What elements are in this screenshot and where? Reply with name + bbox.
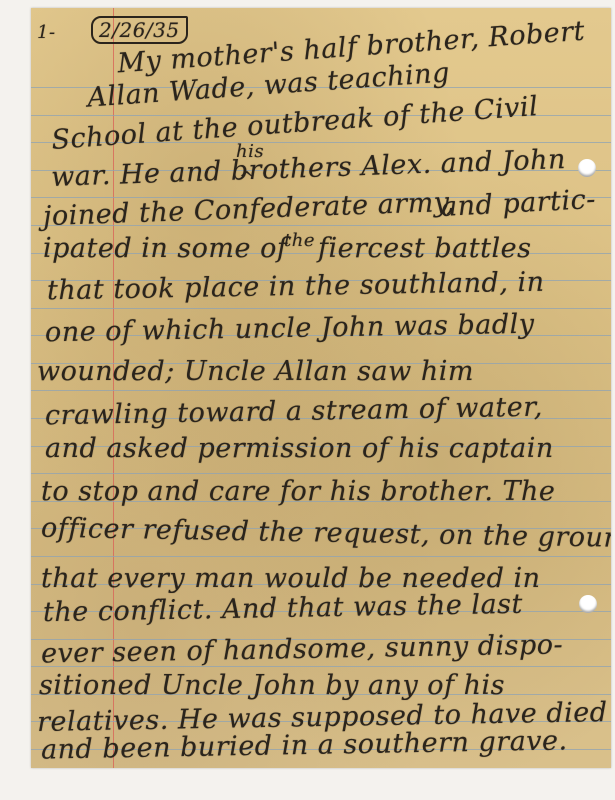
handwritten-line-10: crawling toward a stream of water, (45, 392, 543, 432)
handwritten-line-11: and asked permission of his captain (45, 433, 554, 464)
rule-line (31, 390, 611, 391)
rule-line (31, 556, 611, 557)
page-number: 1- (37, 22, 56, 43)
rule-line (31, 473, 611, 474)
handwritten-line-7: that took place in the southland, in (47, 267, 545, 307)
handwritten-line-13: officer refused the request, on the grou… (41, 513, 611, 555)
punch-hole (579, 595, 597, 613)
handwritten-line-12: to stop and care for his brother. The (41, 476, 555, 507)
handwritten-line-17: sitioned Uncle John by any of his (39, 670, 505, 701)
handwritten-line-6b: fiercest battles (318, 233, 531, 264)
insertion-the: the (284, 230, 315, 251)
punch-hole (578, 159, 596, 177)
handwritten-and-partic: and partic- (440, 184, 596, 223)
handwritten-line-16: ever seen of handsome, sunny dispo- (41, 629, 564, 669)
handwritten-line-9: wounded; Uncle Allan saw him (37, 356, 474, 387)
handwritten-line-6a: ipated in some of (43, 233, 287, 264)
letter-date: 2/26/35 (91, 16, 188, 44)
letter-page: 1- 2/26/35 My mother's half brother, Rob… (31, 8, 611, 768)
handwritten-line-4: war. He and brothers Alex. and John (51, 144, 567, 193)
handwritten-line-15: the conflict. And that was the last (43, 589, 523, 628)
handwritten-line-8: one of which uncle John was badly (45, 309, 535, 349)
